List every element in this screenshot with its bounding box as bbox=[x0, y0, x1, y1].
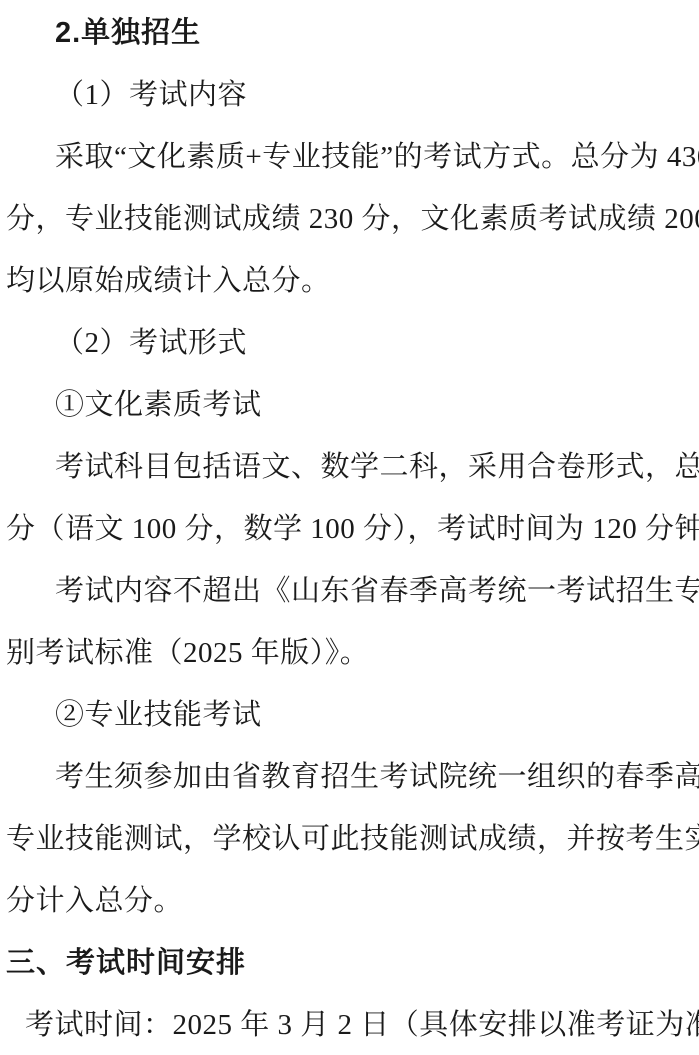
paragraph-line: 别考试标准（2025 年版）》。 bbox=[6, 622, 673, 684]
paragraph-line: 专业技能测试，学校认可此技能测试成绩，并按考生实际得 bbox=[6, 808, 673, 870]
item-label-culture-exam: ①文化素质考试 bbox=[6, 374, 673, 436]
paragraph-line: 考生须参加由省教育招生考试院统一组织的春季高考 bbox=[6, 746, 673, 808]
section-heading-dandu-zhaosheng: 2.单独招生 bbox=[6, 2, 673, 64]
paragraph-line: 分，专业技能测试成绩 230 分，文化素质考试成绩 200 分， bbox=[6, 188, 673, 250]
subsection-label-exam-form: （2）考试形式 bbox=[6, 312, 673, 374]
paragraph-line: 均以原始成绩计入总分。 bbox=[6, 250, 673, 312]
item-label-skill-exam: ②专业技能考试 bbox=[6, 684, 673, 746]
section-heading-exam-schedule: 三、考试时间安排 bbox=[6, 932, 673, 994]
paragraph-line: 采取“文化素质+专业技能”的考试方式。总分为 430 bbox=[6, 126, 673, 188]
paragraph-line: 考试内容不超出《山东省春季高考统一考试招生专业类 bbox=[6, 560, 673, 622]
subsection-label-exam-content: （1）考试内容 bbox=[6, 64, 673, 126]
paragraph-line: 考试科目包括语文、数学二科，采用合卷形式，总分 200 bbox=[6, 436, 673, 498]
paragraph-line: 分计入总分。 bbox=[6, 870, 673, 932]
document-page: 2.单独招生 （1）考试内容 采取“文化素质+专业技能”的考试方式。总分为 43… bbox=[0, 0, 699, 1055]
paragraph-line-exam-date: 考试时间：2025 年 3 月 2 日（具体安排以准考证为准） bbox=[6, 994, 673, 1055]
paragraph-line: 分（语文 100 分，数学 100 分），考试时间为 120 分钟。 bbox=[6, 498, 673, 560]
